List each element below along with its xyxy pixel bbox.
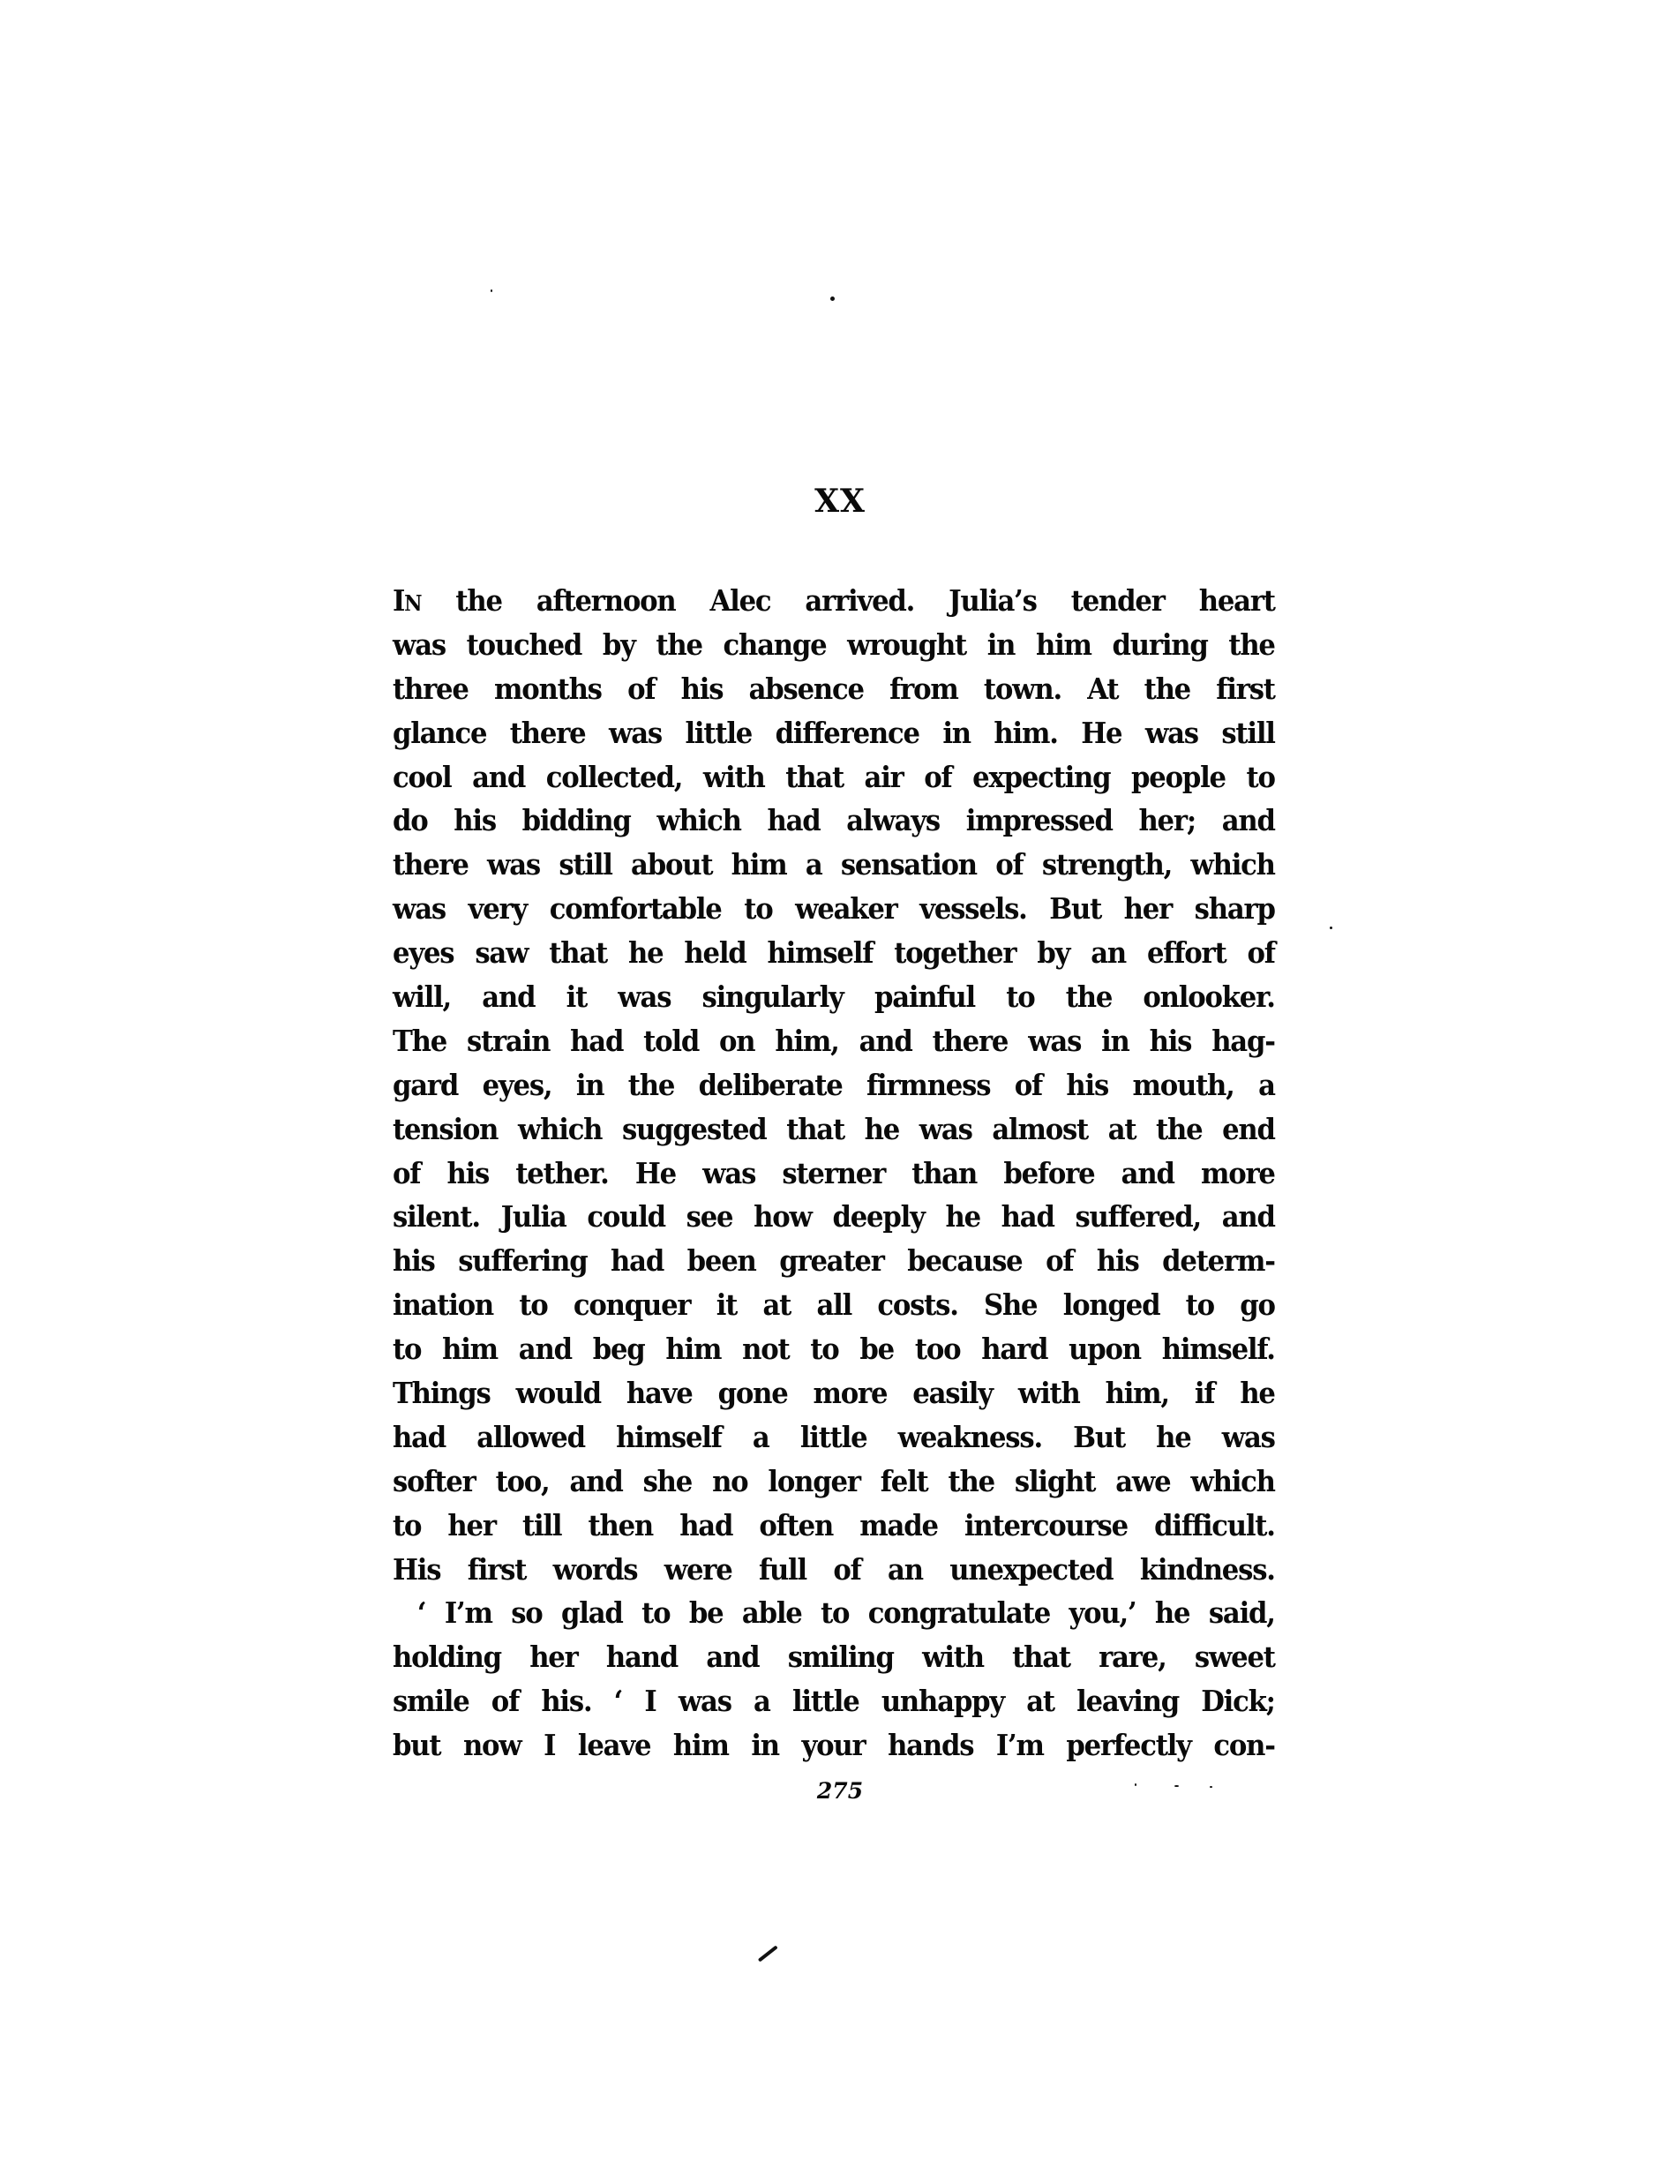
text-line: Things would have gone more easily with …	[393, 1371, 1275, 1415]
text-line: The strain had told on him, and there wa…	[393, 1019, 1275, 1063]
page-number: 275	[0, 1778, 1680, 1805]
scan-speck	[491, 289, 492, 292]
text-line: had allowed himself a little weakness. B…	[393, 1415, 1275, 1460]
scan-speck	[830, 296, 835, 301]
text-line: ‘ I’m so glad to be able to congratulate…	[393, 1591, 1275, 1635]
body-text: IN the afternoon Alec arrived. Julia’s t…	[393, 579, 1275, 1767]
text-line: smile of his. ‘ I was a little unhappy a…	[393, 1679, 1275, 1723]
stray-pen-mark	[758, 1945, 778, 1962]
text-line: his suffering had been greater because o…	[393, 1239, 1275, 1283]
text-line: His first words were full of an unexpect…	[393, 1548, 1275, 1592]
text-line: silent. Julia could see how deeply he ha…	[393, 1195, 1275, 1239]
dropcap: I	[393, 583, 404, 618]
text-line: tension which suggested that he was almo…	[393, 1107, 1275, 1152]
text-line: holding her hand and smiling with that r…	[393, 1635, 1275, 1679]
text-line: was very comfortable to weaker vessels. …	[393, 887, 1275, 931]
text-line: eyes saw that he held himself together b…	[393, 931, 1275, 975]
scan-speck	[1330, 927, 1332, 929]
text-line: was touched by the change wrought in him…	[393, 623, 1275, 667]
text-line: to her till then had often made intercou…	[393, 1504, 1275, 1548]
text-line: ination to conquer it at all costs. She …	[393, 1283, 1275, 1327]
text-line: cool and collected, with that air of exp…	[393, 755, 1275, 799]
text-line: to him and beg him not to be too hard up…	[393, 1327, 1275, 1371]
text-line: glance there was little difference in hi…	[393, 711, 1275, 755]
book-page: XX IN the afternoon Alec arrived. Julia’…	[0, 0, 1680, 2184]
line-text: the afternoon Alec arrived. Julia’s tend…	[421, 583, 1274, 618]
text-line: of his tether. He was sterner than befor…	[393, 1152, 1275, 1196]
text-line: three months of his absence from town. A…	[393, 667, 1275, 711]
text-line: gard eyes, in the deliberate firmness of…	[393, 1063, 1275, 1107]
text-line: do his bidding which had always impresse…	[393, 799, 1275, 843]
chapter-heading: XX	[0, 484, 1680, 519]
text-line: softer too, and she no longer felt the s…	[393, 1460, 1275, 1504]
text-line: but now I leave him in your hands I’m pe…	[393, 1723, 1275, 1767]
text-line: will, and it was singularly painful to t…	[393, 975, 1275, 1019]
text-line: IN the afternoon Alec arrived. Julia’s t…	[393, 579, 1275, 623]
dropcap-smallcaps: N	[404, 590, 421, 616]
text-line: there was still about him a sensation of…	[393, 843, 1275, 887]
